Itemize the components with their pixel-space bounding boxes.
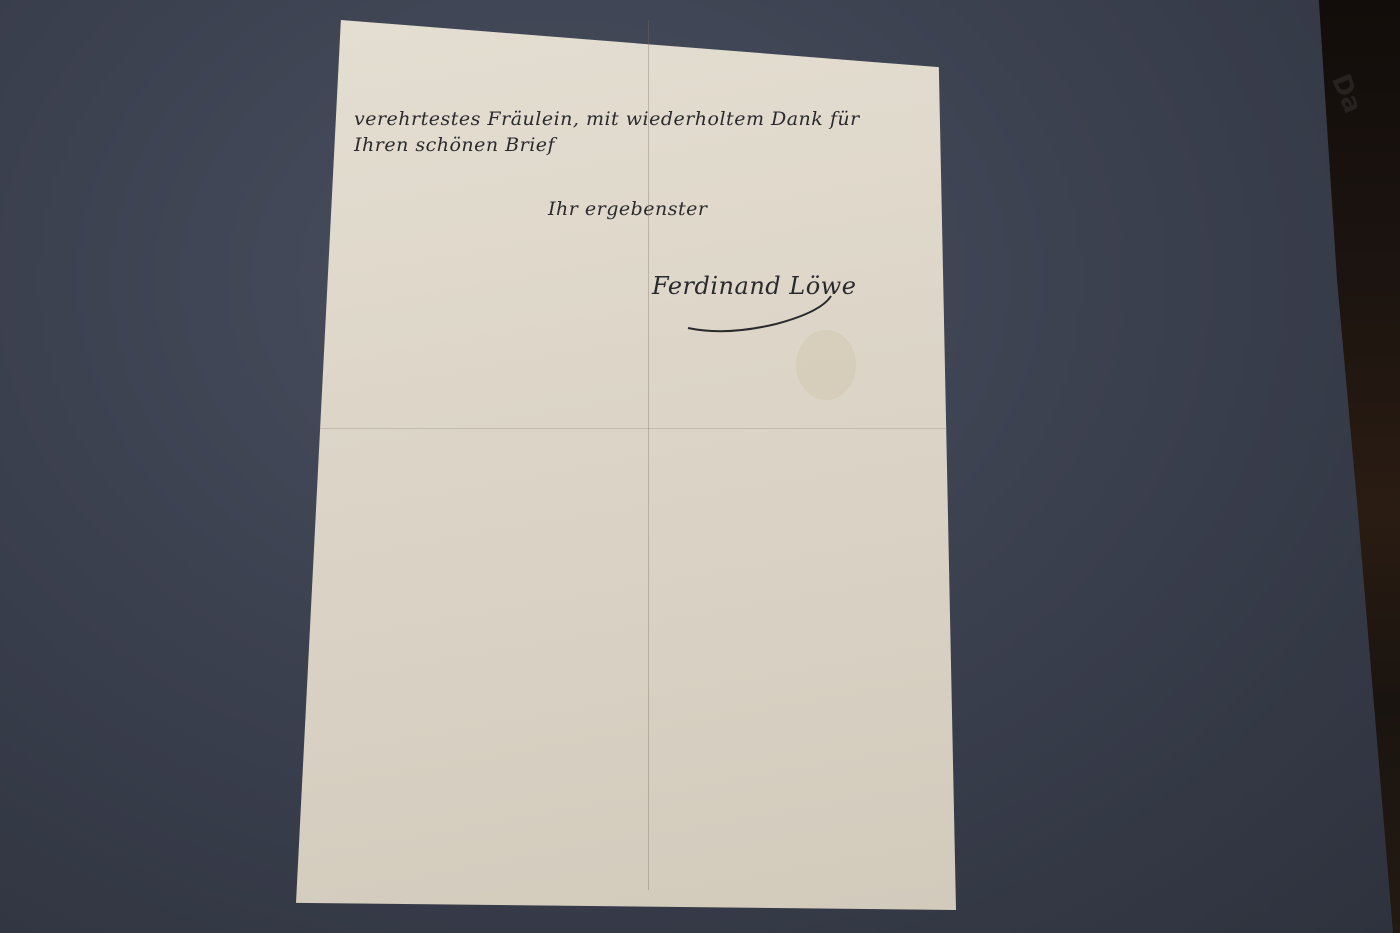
shelf-label-fragment: Da bbox=[1325, 70, 1367, 118]
vertical-fold-crease bbox=[648, 20, 649, 890]
letter-body-line-2: Ihren schönen Brief bbox=[354, 134, 555, 156]
paper-stain bbox=[796, 330, 856, 400]
letter-sheet: verehrtestes Fräulein, mit wiederholtem … bbox=[296, 20, 956, 910]
horizontal-fold-crease bbox=[296, 428, 956, 429]
signature-flourish-icon bbox=[686, 290, 836, 340]
letter-body-line-1: verehrtestes Fräulein, mit wiederholtem … bbox=[354, 108, 860, 130]
letter-closing: Ihr ergebenster bbox=[548, 198, 707, 220]
